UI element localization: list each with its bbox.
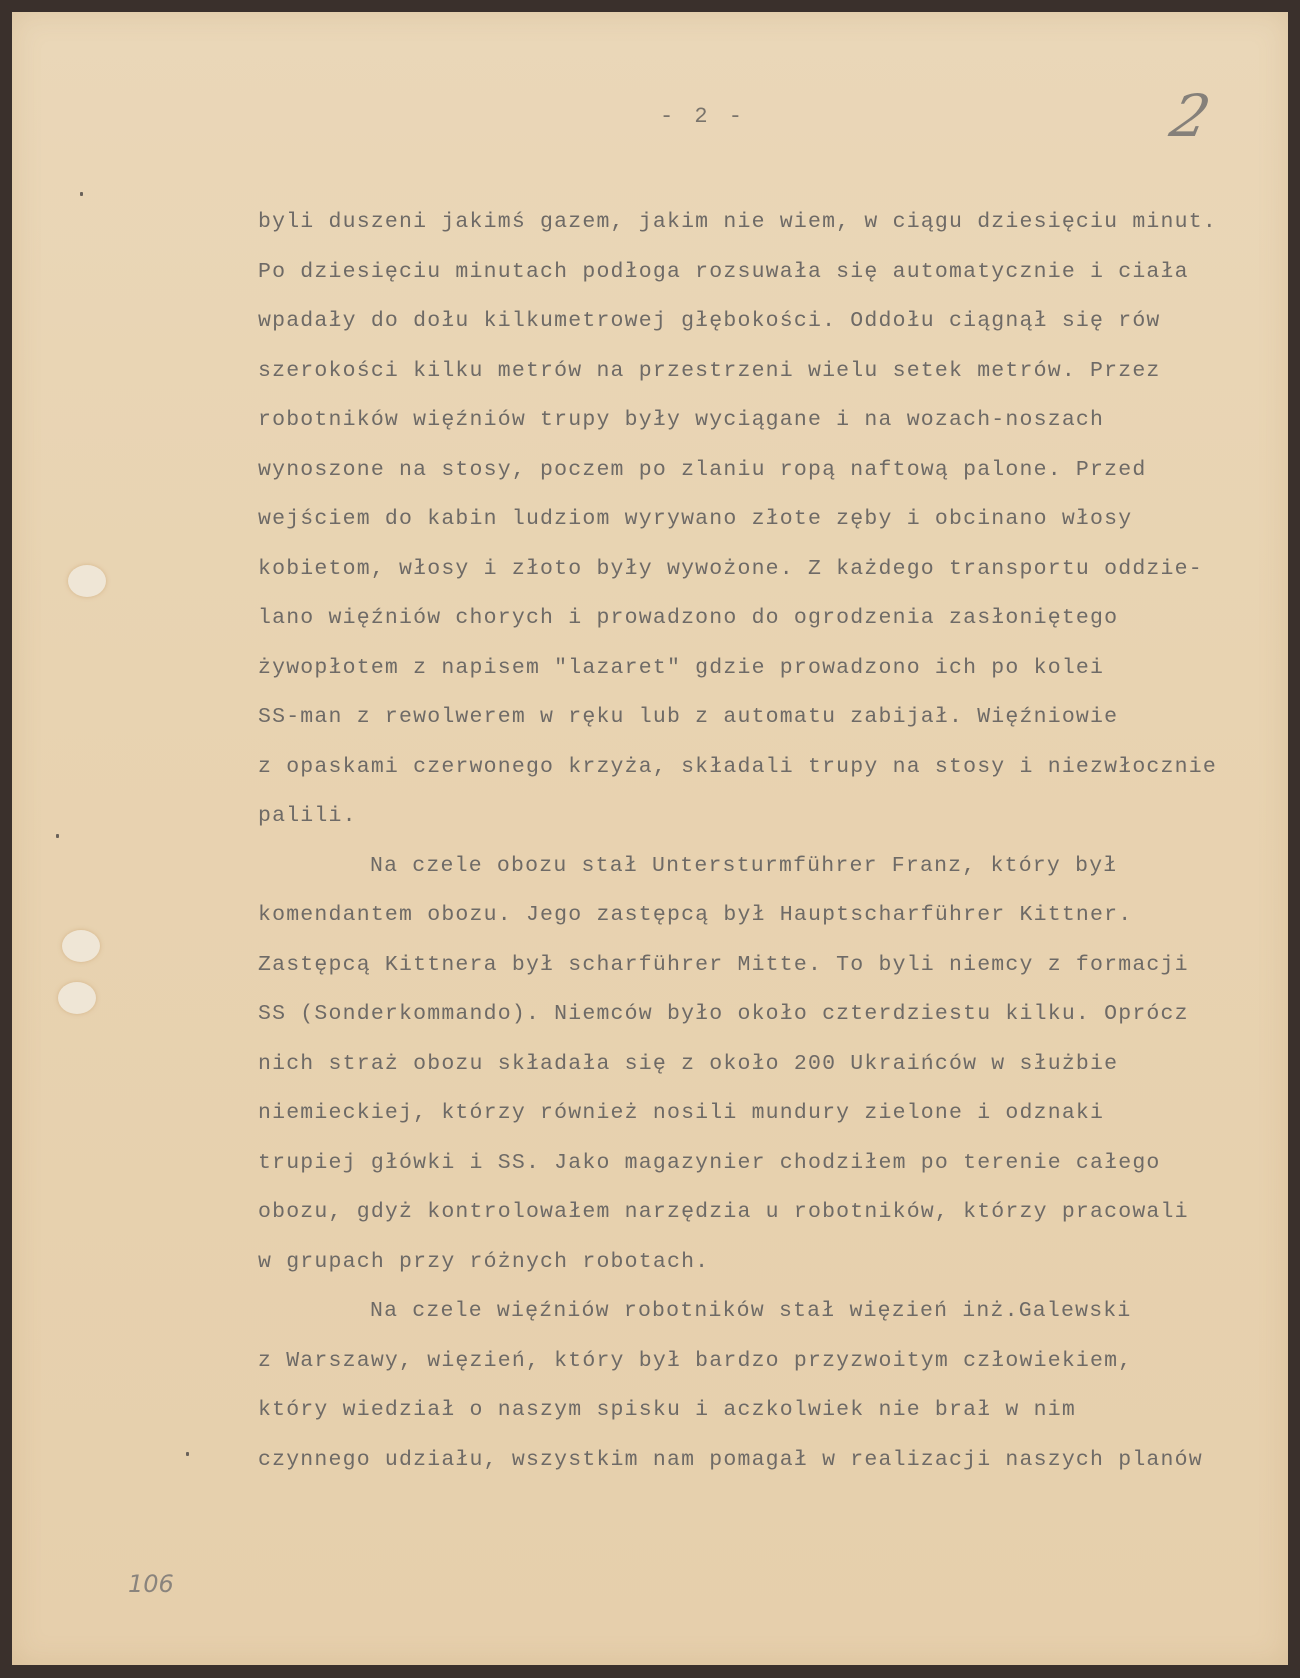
text-line: wynoszone na stosy, poczem po zlaniu rop… <box>258 450 1298 500</box>
page-header-number: - 2 - <box>660 104 746 129</box>
ink-speck <box>56 834 59 838</box>
handwritten-folio-number: 2 <box>1165 82 1216 150</box>
text-line: palili. <box>258 796 1298 846</box>
text-line: z Warszawy, więzień, który był bardzo pr… <box>258 1341 1298 1391</box>
typewritten-body: byli duszeni jakimś gazem, jakim nie wie… <box>258 202 1298 1489</box>
paragraph-start-line: Na czele więźniów robotników stał więzie… <box>258 1291 1298 1341</box>
text-line: który wiedział o naszym spisku i aczkolw… <box>258 1390 1298 1440</box>
text-line: lano więźniów chorych i prowadzono do og… <box>258 598 1298 648</box>
document-page: - 2 - 2 106 byli duszeni jakimś gazem, j… <box>12 12 1288 1665</box>
text-line: robotników więźniów trupy były wyciągane… <box>258 400 1298 450</box>
text-line: czynnego udziału, wszystkim nam pomagał … <box>258 1440 1298 1490</box>
punch-hole-middle <box>62 930 100 962</box>
text-line: wejściem do kabin ludziom wyrywano złote… <box>258 499 1298 549</box>
ink-speck <box>80 192 83 196</box>
handwritten-archive-number: 106 <box>128 1570 174 1598</box>
punch-hole-bottom <box>58 982 96 1014</box>
text-line: w grupach przy różnych robotach. <box>258 1242 1298 1292</box>
text-line: szerokości kilku metrów na przestrzeni w… <box>258 351 1298 401</box>
text-line: wpadały do dołu kilkumetrowej głębokości… <box>258 301 1298 351</box>
text-line: niemieckiej, którzy również nosili mundu… <box>258 1093 1298 1143</box>
text-line: Zastępcą Kittnera był scharführer Mitte.… <box>258 945 1298 995</box>
text-line: obozu, gdyż kontrolowałem narzędzia u ro… <box>258 1192 1298 1242</box>
text-line: żywopłotem z napisem "lazaret" gdzie pro… <box>258 648 1298 698</box>
text-line: trupiej główki i SS. Jako magazynier cho… <box>258 1143 1298 1193</box>
punch-hole-top <box>68 565 106 597</box>
text-line: kobietom, włosy i złoto były wywożone. Z… <box>258 549 1298 599</box>
text-line: komendantem obozu. Jego zastępcą był Hau… <box>258 895 1298 945</box>
text-line: nich straż obozu składała się z około 20… <box>258 1044 1298 1094</box>
text-line: z opaskami czerwonego krzyża, składali t… <box>258 747 1298 797</box>
ink-speck <box>186 1452 189 1456</box>
text-line: byli duszeni jakimś gazem, jakim nie wie… <box>258 202 1298 252</box>
text-line: SS-man z rewolwerem w ręku lub z automat… <box>258 697 1298 747</box>
text-line: SS (Sonderkommando). Niemców było około … <box>258 994 1298 1044</box>
paragraph-start-line: Na czele obozu stał Untersturmführer Fra… <box>258 846 1298 896</box>
text-line: Po dziesięciu minutach podłoga rozsuwała… <box>258 252 1298 302</box>
